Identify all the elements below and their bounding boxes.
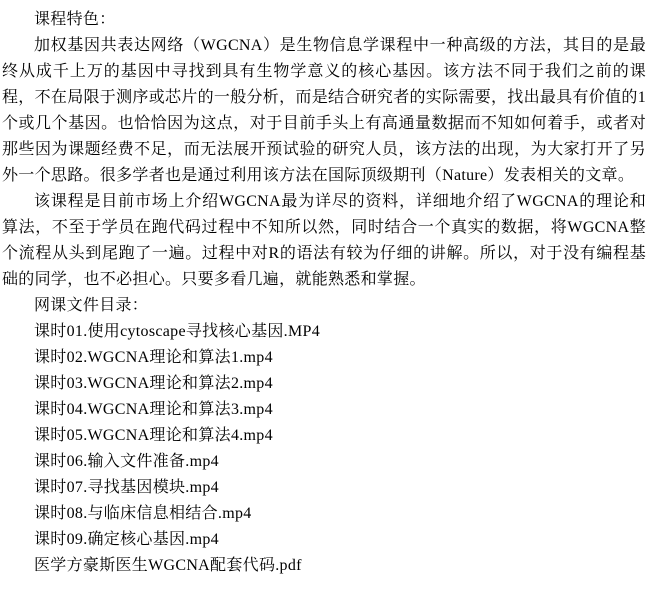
file-list-item-04: 课时04.WGCNA理论和算法3.mp4 (2, 397, 646, 423)
section-title: 课程特色： (2, 7, 646, 33)
file-list-item-01: 课时01.使用cytoscape寻找核心基因.MP4 (2, 319, 646, 345)
file-list-item-03: 课时03.WGCNA理论和算法2.mp4 (2, 371, 646, 397)
file-list-item-06: 课时06.输入文件准备.mp4 (2, 449, 646, 475)
file-list-item-02: 课时02.WGCNA理论和算法1.mp4 (2, 345, 646, 371)
file-list-item-07: 课时07.寻找基因模块.mp4 (2, 475, 646, 501)
paragraph-course-intro: 加权基因共表达网络（WGCNA）是生物信息学课程中一种高级的方法，其目的是最终从… (2, 33, 646, 189)
paragraph-course-detail: 该课程是目前市场上介绍WGCNA最为详尽的资料，详细地介绍了WGCNA的理论和算… (2, 189, 646, 293)
document-page: 课程特色： 加权基因共表达网络（WGCNA）是生物信息学课程中一种高级的方法，其… (0, 0, 650, 608)
file-list-item-pdf: 医学方豪斯医生WGCNA配套代码.pdf (2, 553, 646, 579)
file-list-item-08: 课时08.与临床信息相结合.mp4 (2, 501, 646, 527)
file-list-item-09: 课时09.确定核心基因.mp4 (2, 527, 646, 553)
file-list-item-05: 课时05.WGCNA理论和算法4.mp4 (2, 423, 646, 449)
file-list-heading: 网课文件目录： (2, 293, 646, 319)
